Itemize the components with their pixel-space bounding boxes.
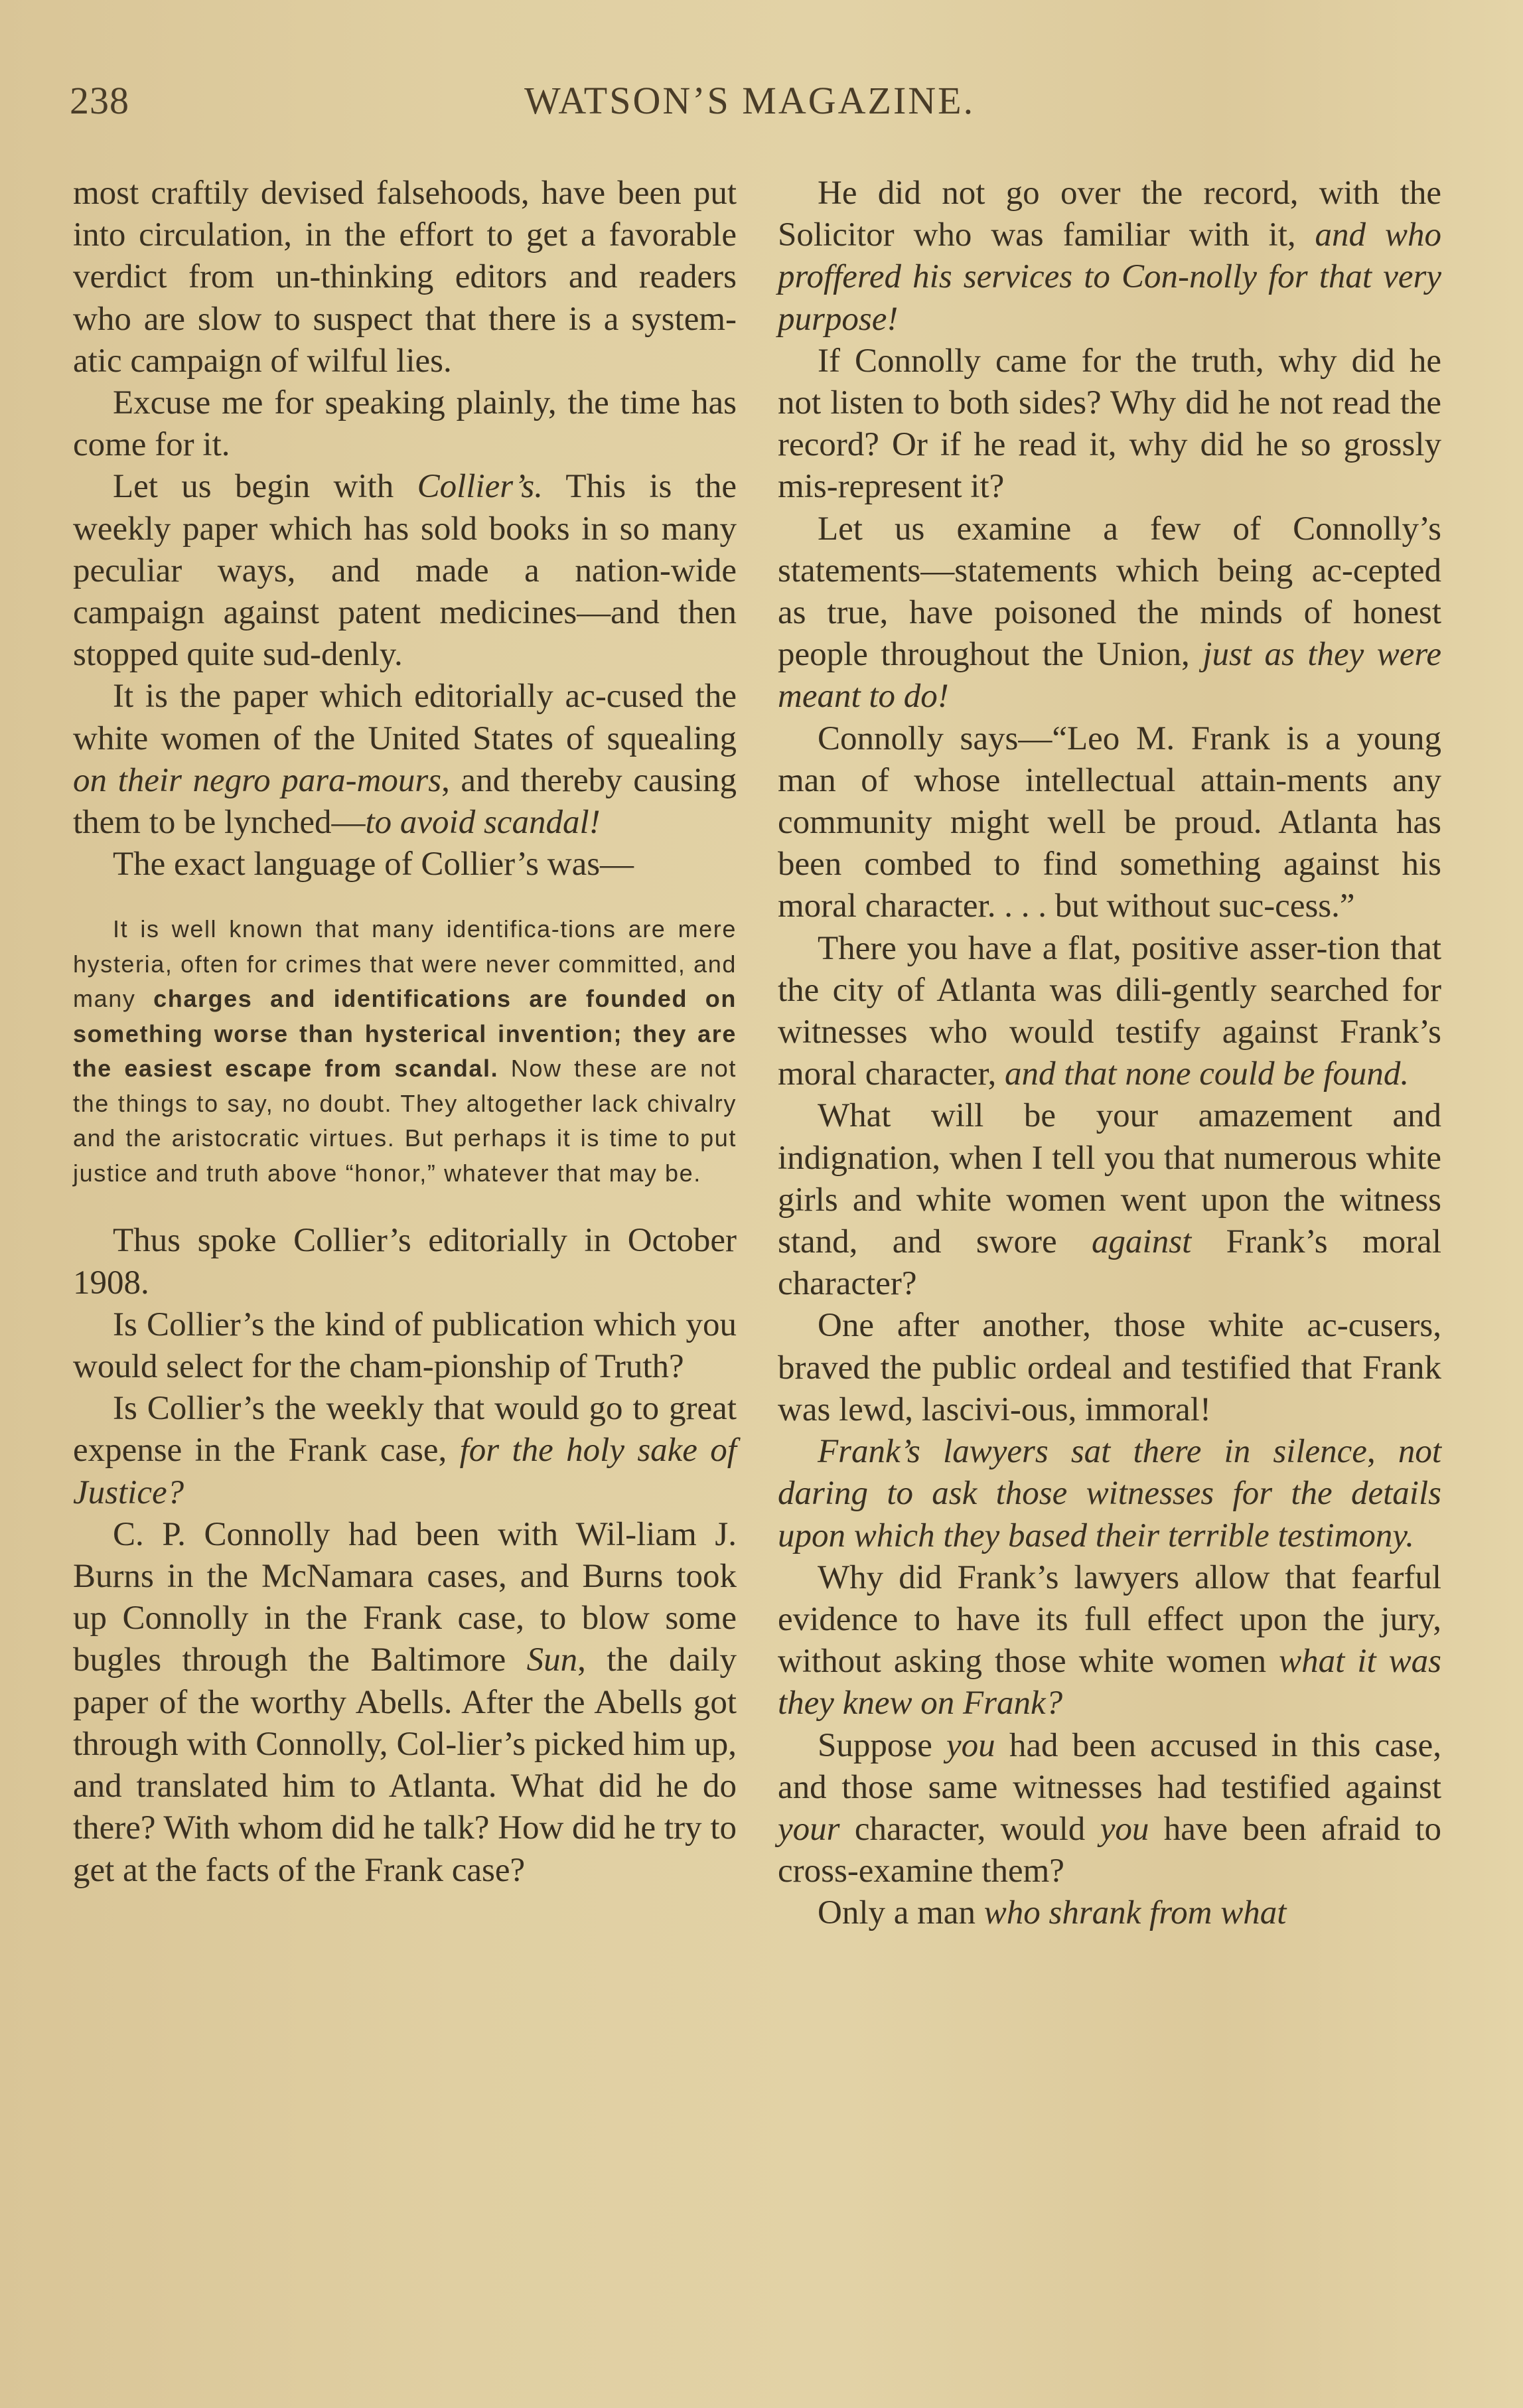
italic-emphasis: you xyxy=(1100,1811,1149,1848)
paragraph: Thus spoke Collier’s editorially in Octo… xyxy=(73,1220,737,1304)
paragraph: Is Collier’s the weekly that would go to… xyxy=(73,1388,737,1514)
italic-emphasis: to avoid scandal! xyxy=(365,804,600,841)
paragraph: Frank’s lawyers sat there in silence, no… xyxy=(778,1431,1441,1557)
paragraph-text: Let us begin with xyxy=(113,468,417,505)
paragraph-text: Excuse me for speaking plainly, the time… xyxy=(73,384,737,463)
paragraph-text: It is the paper which editorially ac-cus… xyxy=(73,678,737,757)
paragraph: If Connolly came for the truth, why did … xyxy=(778,340,1441,508)
italic-emphasis: on their negro para-mours xyxy=(73,762,441,799)
paragraph: What will be your amazement and indignat… xyxy=(778,1095,1441,1305)
paragraph-text: character, would xyxy=(839,1811,1100,1848)
block-quote: It is well known that many identifica-ti… xyxy=(73,912,737,1191)
paragraph-text: The exact language of Collier’s was— xyxy=(113,846,634,883)
paragraph: Only a man who shrank from what xyxy=(778,1892,1441,1934)
paragraph-text: most craftily devised falsehoods, have b… xyxy=(73,175,737,380)
paragraph: It is the paper which editorially ac-cus… xyxy=(73,676,737,844)
paragraph-text: If Connolly came for the truth, why did … xyxy=(778,342,1441,506)
paragraph-text: Connolly says—“Leo M. Frank is a young m… xyxy=(778,720,1441,925)
italic-emphasis: who shrank from what xyxy=(984,1894,1287,1931)
paragraph: There you have a flat, positive asser-ti… xyxy=(778,928,1441,1096)
paragraph-text: , xyxy=(1367,1433,1398,1470)
page-number: 238 xyxy=(70,78,129,123)
italic-emphasis: you xyxy=(946,1727,995,1764)
paragraph-text: Suppose xyxy=(818,1727,946,1764)
paragraph: Let us begin with Collier’s. This is the… xyxy=(73,466,737,676)
italic-emphasis: Collier’s. xyxy=(417,468,543,505)
paragraph-text: Only a man xyxy=(818,1894,984,1931)
left-column: most craftily devised falsehoods, have b… xyxy=(73,173,737,1892)
paragraph: Is Collier’s the kind of publication whi… xyxy=(73,1304,737,1388)
paragraph: Suppose you had been accused in this cas… xyxy=(778,1725,1441,1893)
paragraph-text: One after another, those white ac-cusers… xyxy=(778,1307,1441,1428)
italic-emphasis: and that none could be found. xyxy=(1005,1055,1409,1092)
italic-emphasis: your xyxy=(778,1811,839,1848)
paragraph: The exact language of Collier’s was— xyxy=(73,844,737,885)
running-head-title: WATSON’S MAGAZINE. xyxy=(524,78,1029,123)
italic-emphasis: against xyxy=(1092,1223,1191,1260)
italic-emphasis: Frank’s lawyers sat there in silence xyxy=(818,1433,1367,1470)
right-column: He did not go over the record, with the … xyxy=(778,173,1441,1935)
paragraph: most craftily devised falsehoods, have b… xyxy=(73,173,737,382)
paragraph: Why did Frank’s lawyers allow that fearf… xyxy=(778,1557,1441,1725)
paragraph: Excuse me for speaking plainly, the time… xyxy=(73,382,737,466)
paragraph: Connolly says—“Leo M. Frank is a young m… xyxy=(778,718,1441,928)
paragraph: Let us examine a few of Connolly’s state… xyxy=(778,508,1441,718)
paragraph: He did not go over the record, with the … xyxy=(778,173,1441,340)
paragraph-text: Is Collier’s the kind of publication whi… xyxy=(73,1306,737,1385)
paragraph: One after another, those white ac-cusers… xyxy=(778,1305,1441,1431)
italic-emphasis: Sun xyxy=(527,1641,578,1679)
paragraph-text: Thus spoke Collier’s editorially in Octo… xyxy=(73,1222,737,1301)
paragraph: C. P. Connolly had been with Wil-liam J.… xyxy=(73,1514,737,1892)
